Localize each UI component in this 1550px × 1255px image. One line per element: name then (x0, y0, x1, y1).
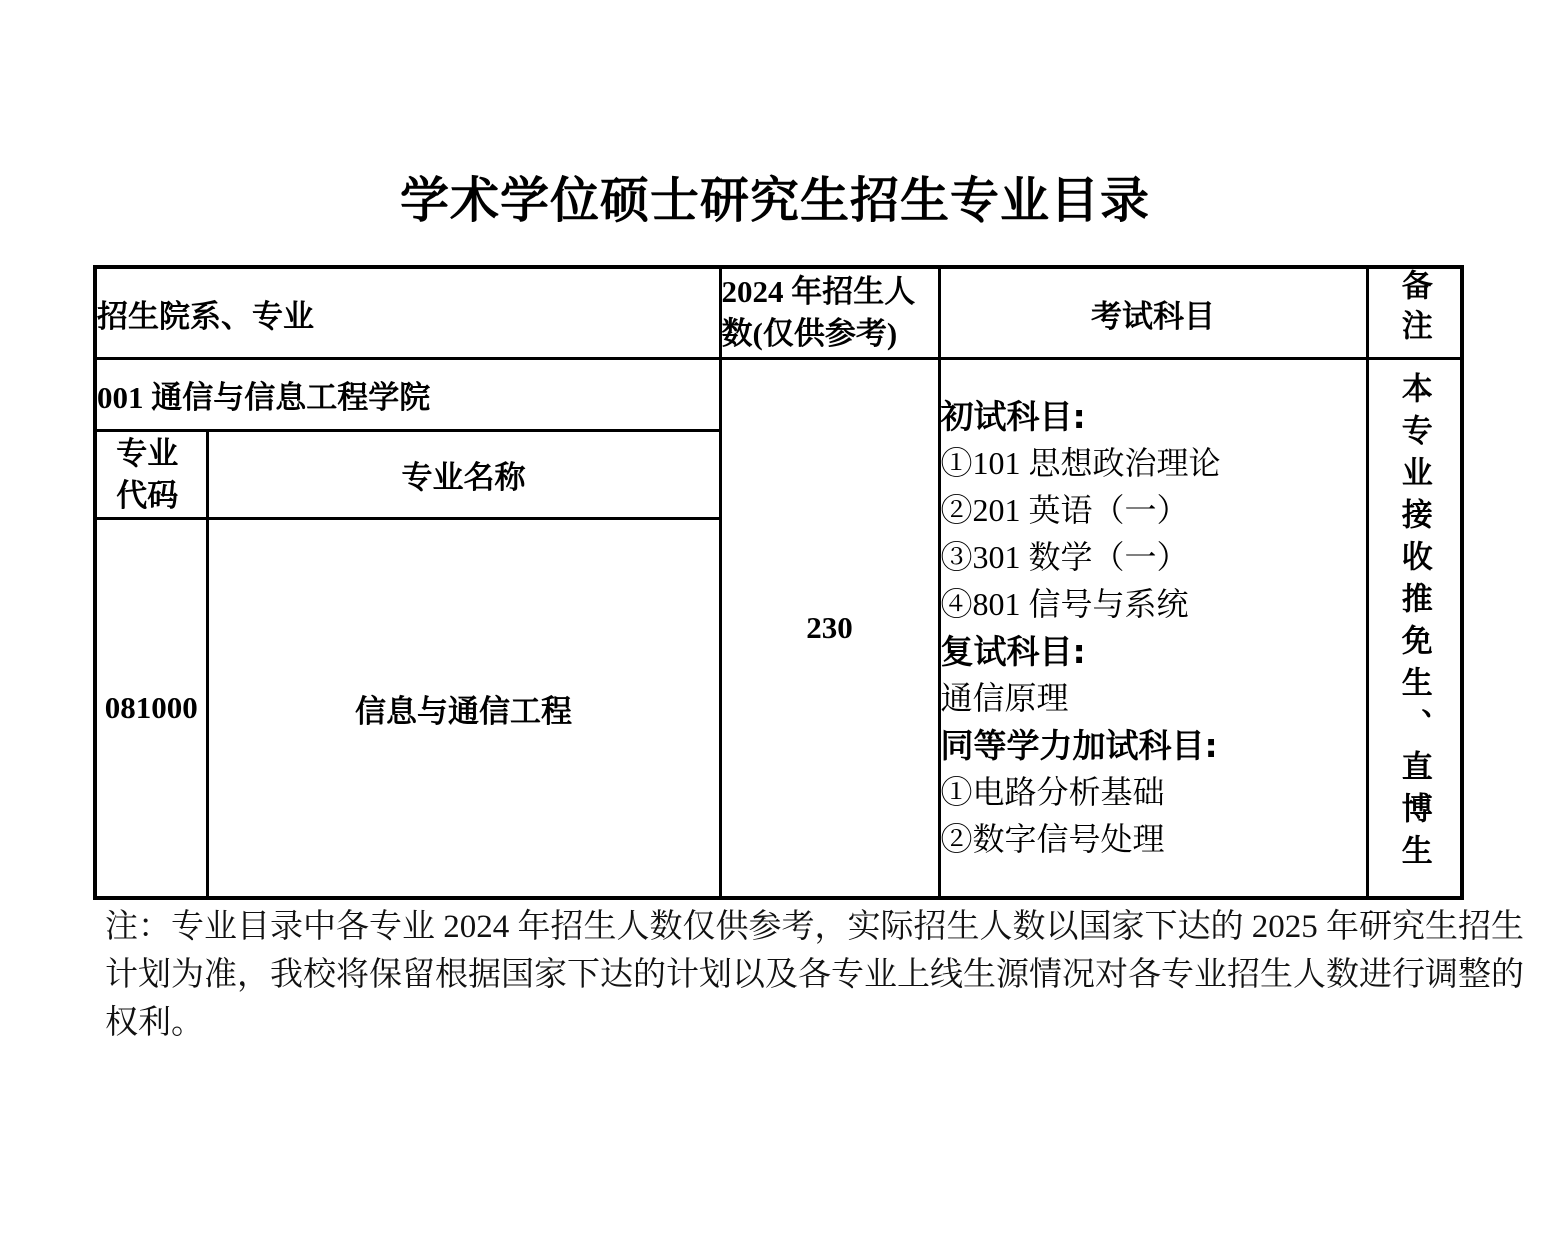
header-dept-column: 招生院系、专业 (95, 267, 720, 359)
exam-subjects-cell: 初试科目: ①101 思想政治理论 ②201 英语（一） ③301 数学（一） … (939, 359, 1367, 899)
footnote-line-2: 计划为准，我校将保留根据国家下达的计划以及各专业上线生源情况对各专业招生人数进行… (105, 951, 1470, 999)
initial-exam-item-1: ①101 思想政治理论 (941, 440, 1366, 487)
initial-exam-item-2: ②201 英语（一） (941, 487, 1366, 534)
initial-exam-item-4: ④801 信号与系统 (941, 581, 1366, 628)
retest-exam-label: 复试科目: (941, 628, 1366, 675)
footnote-line-3: 权利。 (105, 999, 1470, 1047)
remark-cell: 本专业接收推免生、直博生 (1367, 359, 1462, 899)
equivalency-exam-item-1: ①电路分析基础 (941, 769, 1366, 816)
header-quota-line2: 数(仅供参考) (722, 313, 938, 355)
page-title: 学术学位硕士研究生招生专业目录 (0, 162, 1550, 232)
header-exam-column: 考试科目 (939, 267, 1367, 359)
code-column-label: 专业代码 (116, 433, 186, 517)
remark-text: 本专业接收推免生、直博生 (1392, 372, 1437, 876)
admission-catalog-table: 招生院系、专业 2024 年招生人 数(仅供参考) 考试科目 备注 001 通信… (93, 265, 1464, 900)
footnote-line-1: 注：专业目录中各专业 2024 年招生人数仅供参考，实际招生人数以国家下达的 2… (105, 903, 1470, 951)
footnote: 注：专业目录中各专业 2024 年招生人数仅供参考，实际招生人数以国家下达的 2… (105, 903, 1470, 1047)
program-name: 信息与通信工程 (207, 519, 720, 899)
code-column-label-cell: 专业代码 (95, 431, 207, 519)
quota-value-cell: 230 (720, 359, 939, 899)
department-row: 001 通信与信息工程学院 230 初试科目: ①101 思想政治理论 ②201… (95, 359, 1462, 431)
initial-exam-item-3: ③301 数学（一） (941, 534, 1366, 581)
equivalency-exam-label: 同等学力加试科目: (941, 722, 1366, 769)
name-column-label: 专业名称 (207, 431, 720, 519)
equivalency-exam-item-2: ②数字信号处理 (941, 816, 1366, 863)
header-remark-label: 备注 (1392, 269, 1437, 349)
header-remark-column: 备注 (1367, 267, 1462, 359)
department-name-cell: 001 通信与信息工程学院 (95, 359, 720, 431)
retest-exam-item: 通信原理 (941, 675, 1366, 722)
initial-exam-label: 初试科目: (941, 393, 1366, 440)
header-row: 招生院系、专业 2024 年招生人 数(仅供参考) 考试科目 备注 (95, 267, 1462, 359)
program-code: 081000 (95, 519, 207, 899)
header-quota-line1: 2024 年招生人 (722, 271, 938, 313)
header-quota-column: 2024 年招生人 数(仅供参考) (720, 267, 939, 359)
